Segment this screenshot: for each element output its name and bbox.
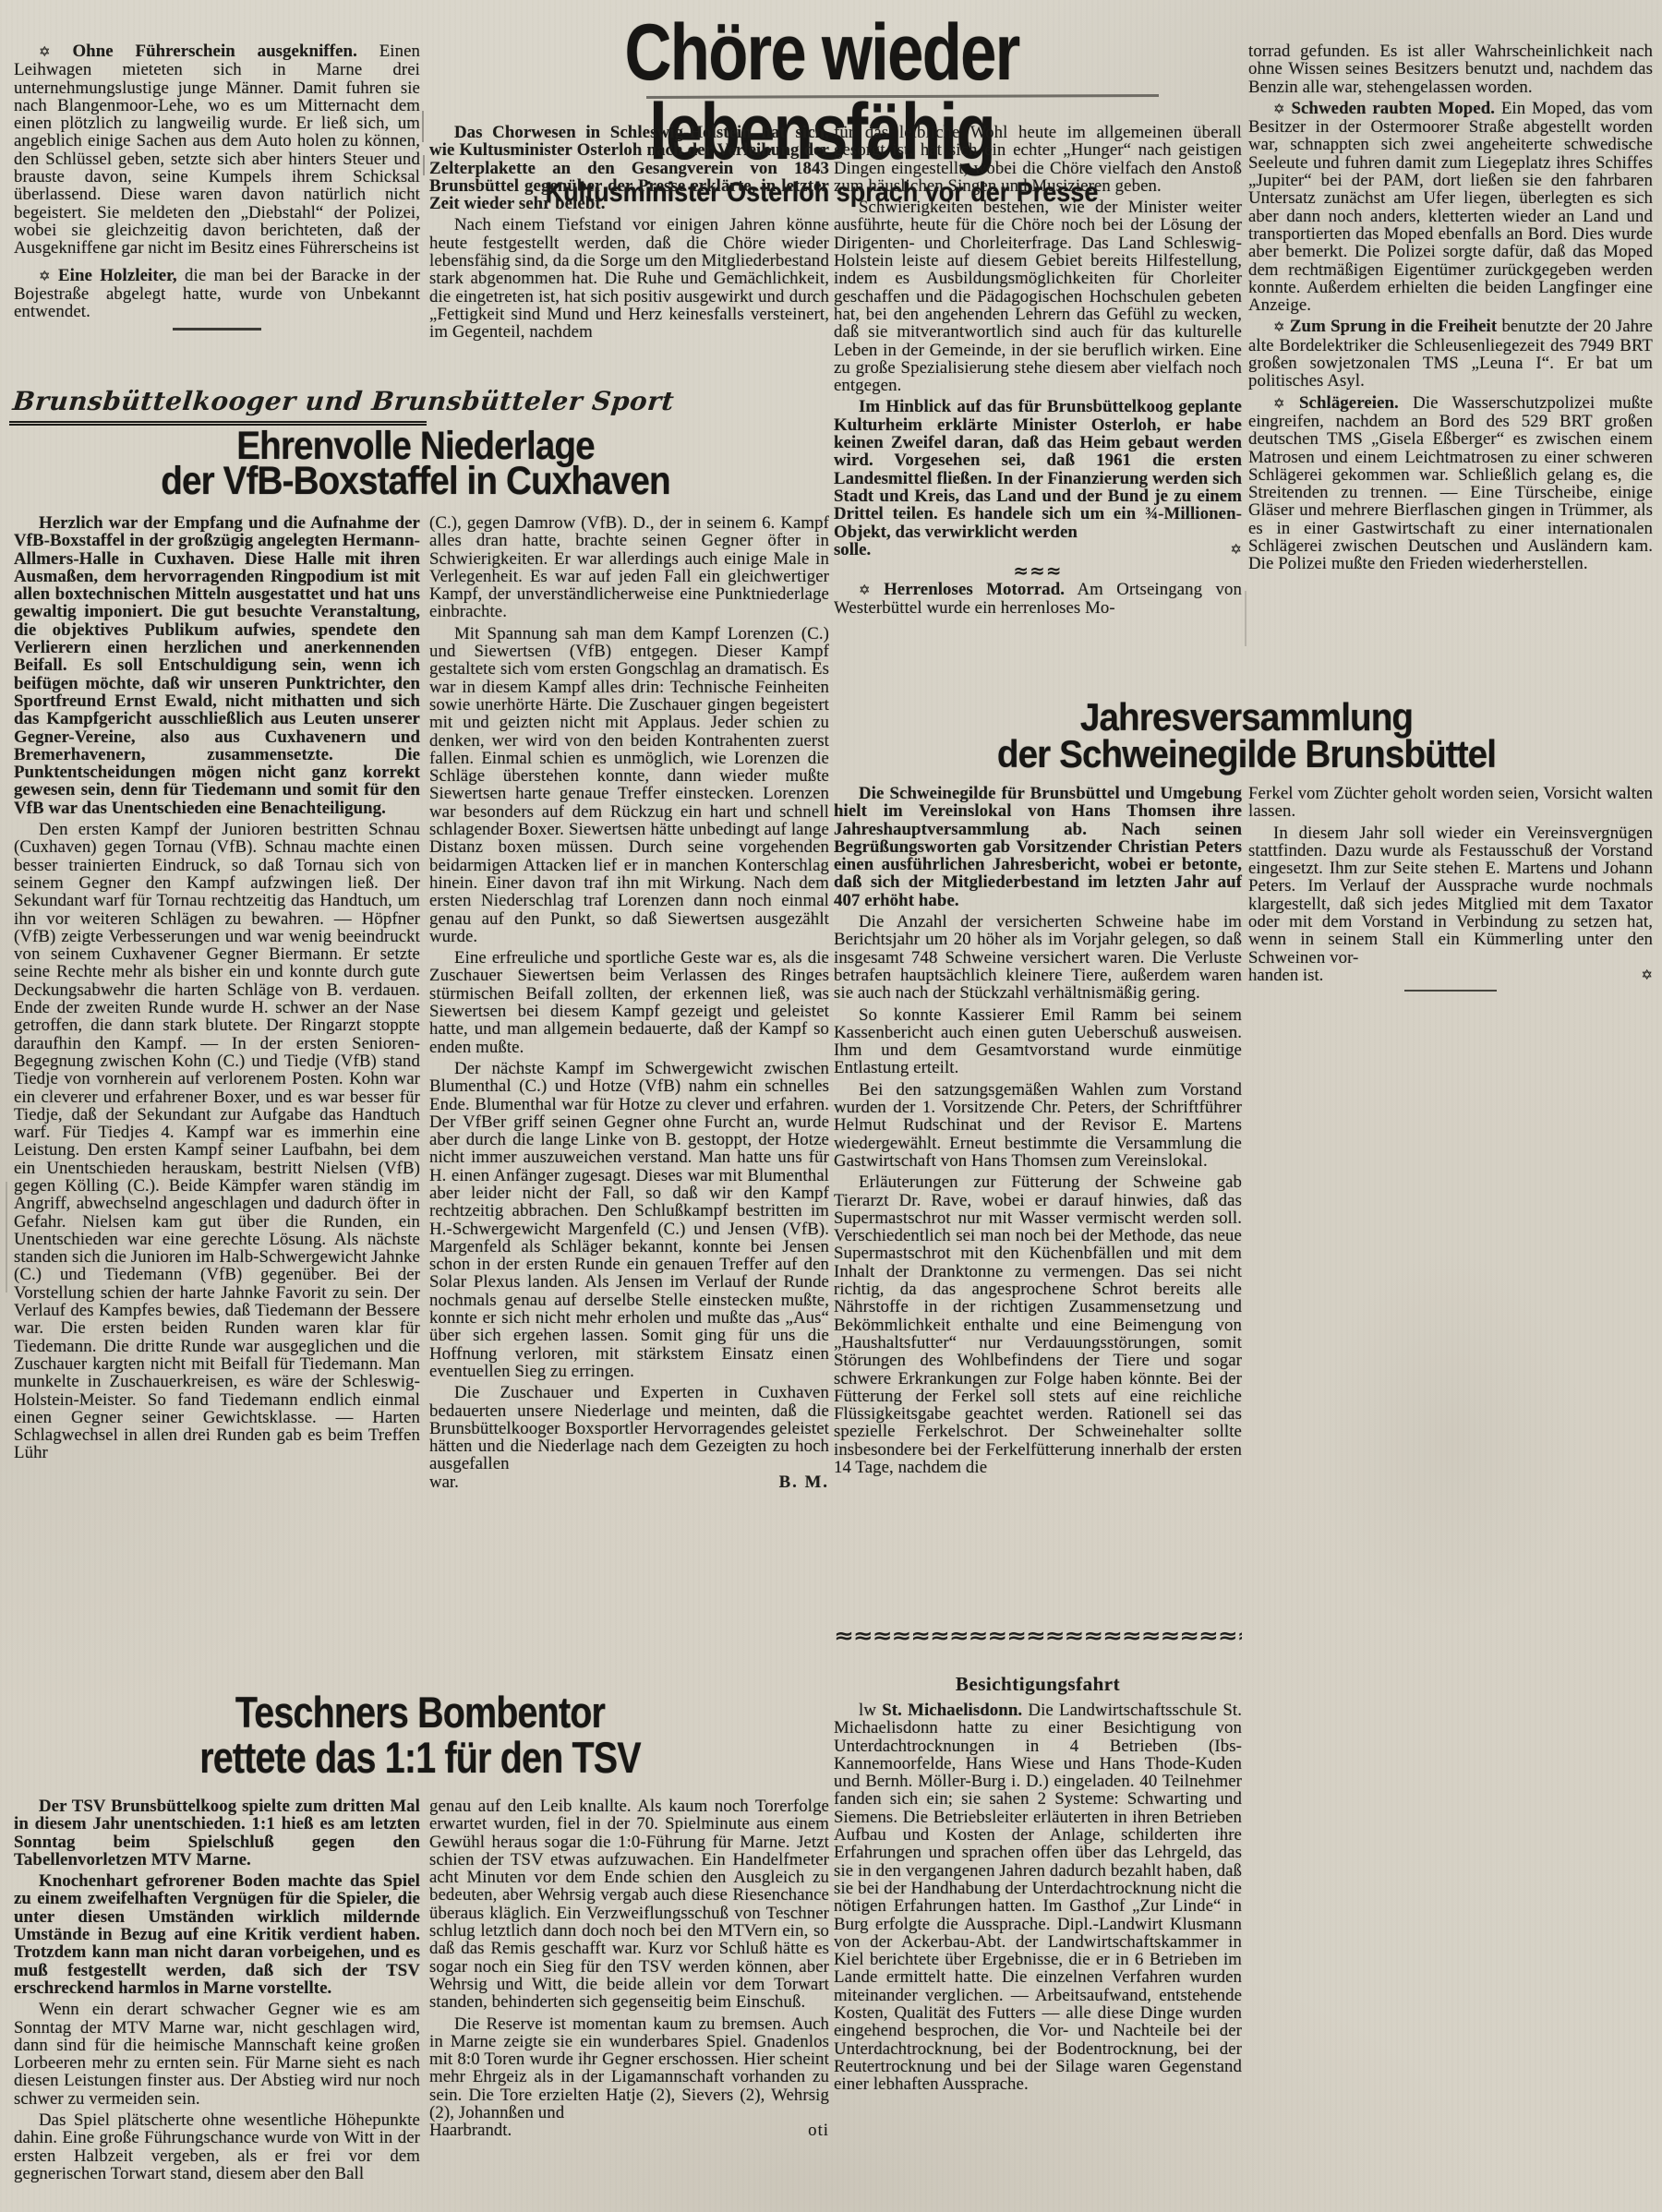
paragraph: Herzlich war der Empfang und die Aufnahm… [14,514,420,817]
paragraph: Ferkel vom Züchter geholt worden seien, … [1248,785,1653,821]
end-star-icon: ✡ [1641,967,1653,984]
star-icon: ✡ [859,582,871,598]
article-end-divider [1404,990,1497,992]
signature-row: Haarbrandt. oti [429,2122,829,2139]
paragraph: (C.), gegen Damrow (VfB). D., der in sei… [429,514,829,621]
sport-section-underline: Brunsbüttelkooger und Brunsbütteler Spor… [9,386,427,426]
sport-section-title: Brunsbüttelkooger und Brunsbütteler Spor… [9,386,430,419]
chore-column-left: Das Chorwesen in Schleswig-Holstein hat … [429,124,829,345]
brief-text: Einen Leihwagen mieteten sich in Marne d… [14,42,420,258]
paragraph: lw St. Michaelisdonn. Die Landwirtschaft… [834,1701,1242,2094]
brief-lead: Schweden raubten Moped. [1291,99,1495,118]
brief-lead: Zum Sprung in die Freiheit [1290,317,1497,336]
schweinegilde-headline-line1: Jahresversammlung [869,699,1625,736]
paragraph: Den ersten Kampf der Junioren bestritten… [14,821,420,1462]
paragraph: Die Zuschauer und Experten in Cuxhaven b… [429,1384,829,1473]
paragraph: Schwierigkeiten bestehen, wie der Minist… [834,198,1242,394]
paragraph: Das Chorwesen in Schleswig-Holstein hat … [429,124,829,212]
paragraph-end-row: handen ist. ✡ [1248,967,1653,984]
brief-lead: Eine Holzleiter, [58,266,177,285]
scan-artifact [6,1182,7,1292]
schweinegilde-headline: Jahresversammlung der Schweinegilde Brun… [836,699,1657,773]
paragraph: Mit Spannung sah man dem Kampf Lorenzen … [429,625,829,945]
paragraph: genau auf den Leib knallte. Als kaum noc… [429,1797,829,2012]
paragraph: Der nächste Kampf im Schwergewicht zwisc… [429,1060,829,1380]
author-signature: B. M. [779,1473,829,1491]
rope-divider: ≈≈≈≈≈≈≈≈≈≈≈≈≈≈≈≈≈≈≈≈≈≈≈ [834,1629,1242,1644]
teschner-headline-line1: Teschners Bombentor [78,1689,761,1735]
paragraph-last-words: handen ist. [1248,967,1323,984]
teschner-headline-line2: rettete das 1:1 für den TSV [78,1735,761,1780]
schweinegilde-column-right: Ferkel vom Züchter geholt worden seien, … [1248,785,1653,992]
scan-artifact [1245,591,1246,646]
brief-lead: Herrenloses Motorrad. [884,580,1065,599]
star-icon: ✡ [39,268,51,284]
paragraph: Der TSV Brunsbüttelkoog spielte zum drit… [14,1797,420,1869]
star-icon: ✡ [1273,101,1285,117]
right-briefs-column: torrad gefunden. Es ist aller Wahrschein… [1248,42,1653,577]
paragraph-last-words: Haarbrandt. [429,2122,512,2139]
chore-column-right: für das leibliche Wohl heute im allgemei… [834,124,1242,621]
paragraph-last-words: war. [429,1473,459,1491]
star-icon: ✡ [39,43,51,60]
star-icon: ✡ [1273,319,1285,335]
paragraph: Bei den satzungsgemäßen Wahlen zum Vorst… [834,1081,1242,1170]
schweinegilde-column-left: Die Schweinegilde für Brunsbüttel und Um… [834,785,1242,1480]
paragraph: Die Anzahl der versicherten Schweine hab… [834,913,1242,1002]
sport-section-header: Brunsbüttelkooger und Brunsbütteler Spor… [9,386,427,426]
signature-row: war. B. M. [429,1473,829,1491]
author-signature: oti [808,2122,829,2139]
paragraph: In diesem Jahr soll wieder ein Vereinsve… [1248,824,1653,967]
section-divider [173,328,261,331]
paragraph: Knochenhart gefrorener Boden machte das … [14,1872,420,1997]
besichtigungsfahrt-header: Besichtigungsfahrt [834,1673,1242,1696]
teschner-column-b: genau auf den Leib knallte. Als kaum noc… [429,1797,829,2212]
scan-artifact [422,111,424,142]
left-briefs-column: ✡ Ohne Führerschein ausgekniffen. Einen … [14,42,420,331]
end-star-icon: ✡ [1230,541,1242,559]
newspaper-page: ✡ Ohne Führerschein ausgekniffen. Einen … [0,0,1662,2212]
boxing-column-b: (C.), gegen Damrow (VfB). D., der in sei… [429,514,829,1491]
teschner-headline: Teschners Bombentor rettete das 1:1 für … [14,1689,826,1780]
paragraph: Nach einem Tiefstand vor einigen Jahren … [429,216,829,341]
brief-text: Die Wasserschutzpolizei mußte eingreifen… [1248,393,1653,574]
boxing-headline: Ehrenvolle Niederlage der VfB-Boxstaffel… [9,428,822,499]
paragraph: Das Spiel plätscherte ohne wesentliche H… [14,2111,420,2182]
scan-artifact [423,155,425,175]
star-icon: ✡ [1273,395,1285,412]
paragraph: Im Hinblick auf das für Brunsbüttelkoog … [834,398,1242,540]
news-brief: ✡ Schlägereien. Die Wasserschutzpolizei … [1248,394,1653,573]
brief-lead: St. Michaelisdonn. [882,1701,1022,1720]
paragraph: für das leibliche Wohl heute im allgemei… [834,124,1242,195]
news-brief: ✡ Zum Sprung in die Freiheit benutzte de… [1248,318,1653,390]
brief-text: Die Landwirtschaftsschule St. Michaelisd… [834,1701,1242,2094]
paragraph: Erläuterungen zur Fütterung der Schweine… [834,1173,1242,1476]
brief-lead: Schlägereien. [1299,393,1399,413]
news-brief: ✡ Eine Holzleiter, die man bei der Barac… [14,267,420,321]
brief-lead: Ohne Führerschein ausgekniffen. [72,42,356,61]
paragraph: So konnte Kassierer Emil Ramm bei seinem… [834,1006,1242,1077]
squiggle-divider: ≈≈≈ [834,562,1242,579]
boxing-column-a: Herzlich war der Empfang und die Aufnahm… [14,514,420,1466]
correspondent-abbrev: lw [859,1701,876,1720]
news-brief: ✡ Ohne Führerschein ausgekniffen. Einen … [14,42,420,258]
schweinegilde-headline-line2: der Schweinegilde Brunsbüttel [869,736,1625,773]
paper-stain [1311,1246,1588,1634]
paragraph: Eine erfreuliche und sportliche Geste wa… [429,949,829,1056]
paragraph-end-row: solle. ✡ [834,541,1242,559]
continuation-paragraph: torrad gefunden. Es ist aller Wahrschein… [1248,42,1653,96]
besichtigungsfahrt-article: Besichtigungsfahrt lw St. Michaelisdonn.… [834,1673,1242,2212]
news-brief: ✡ Schweden raubten Moped. Ein Moped, das… [1248,100,1653,315]
news-brief: ✡ Herrenloses Motorrad. Am Ortseingang v… [834,581,1242,618]
paragraph: Wenn ein derart schwacher Gegner wie es … [14,2001,420,2108]
paragraph: Die Reserve ist momentan kaum zu bremsen… [429,2015,829,2122]
brief-text: Ein Moped, das vom Besitzer in der Oster… [1248,99,1653,315]
paragraph-last-words: solle. [834,541,871,559]
teschner-column-a: Der TSV Brunsbüttelkoog spielte zum drit… [14,1797,420,2212]
boxing-headline-line2: der VfB-Boxstaffel in Cuxhaven [50,463,781,499]
paragraph: Die Schweinegilde für Brunsbüttel und Um… [834,785,1242,909]
